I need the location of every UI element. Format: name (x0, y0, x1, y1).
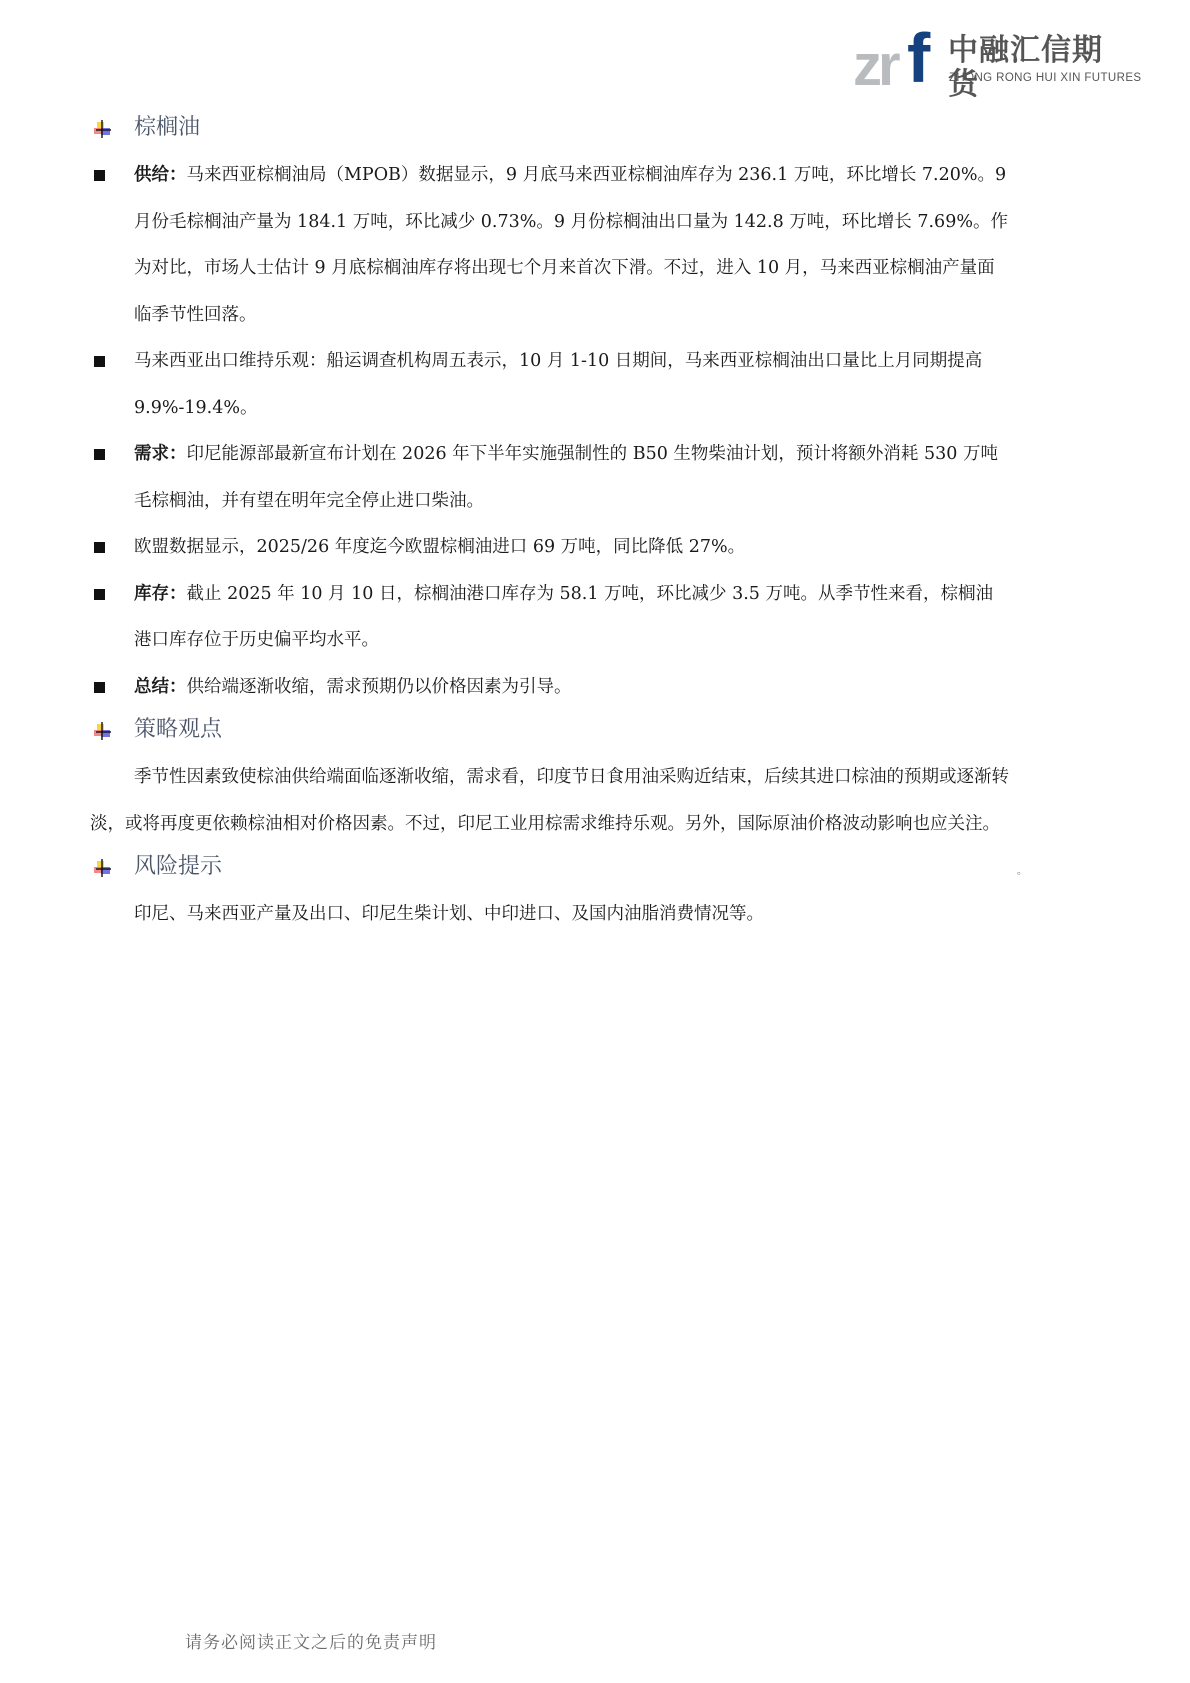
bullet-label: 库存： (134, 584, 187, 604)
square-bullet-icon (94, 449, 105, 460)
bullet-item-summary: 总结：供给端逐渐收缩，需求预期仍以价格因素为引导。 (90, 664, 1010, 711)
bullet-text: 供给端逐渐收缩，需求预期仍以价格因素为引导。 (187, 677, 572, 697)
colored-cross-bullet-icon (94, 120, 112, 138)
bullet-text: 欧盟数据显示，2025/26 年度迄今欧盟棕榈油进口 69 万吨，同比降低 27… (134, 537, 745, 557)
colored-cross-bullet-icon (94, 859, 112, 877)
company-name-en: ZHONG RONG HUI XIN FUTURES (949, 72, 1142, 84)
company-logo: zr f 中融汇信期货 ZHONG RONG HUI XIN FUTURES (853, 28, 1123, 90)
section-heading-risk: 风险提示 (90, 847, 1010, 887)
bullet-text: 印尼能源部最新宣布计划在 2026 年下半年实施强制性的 B50 生物柴油计划，… (134, 444, 998, 511)
bullet-text: 截止 2025 年 10 月 10 日，棕榈油港口库存为 58.1 万吨，环比减… (134, 584, 993, 651)
bullet-item-inventory: 库存：截止 2025 年 10 月 10 日，棕榈油港口库存为 58.1 万吨，… (90, 571, 1010, 664)
bullet-label: 供给： (134, 165, 187, 185)
bullet-label: 总结： (134, 677, 187, 697)
section-heading-strategy: 策略观点 (90, 710, 1010, 750)
colored-cross-bullet-icon (94, 722, 112, 740)
logo-mark-f: f (907, 28, 930, 88)
document-body: 棕榈油 供给：马来西亚棕榈油局（MPOB）数据显示，9 月底马来西亚棕榈油库存为… (90, 108, 1010, 938)
square-bullet-icon (94, 356, 105, 367)
stray-punctuation-mark: 。 (1017, 862, 1027, 877)
bullet-text: 马来西亚棕榈油局（MPOB）数据显示，9 月底马来西亚棕榈油库存为 236.1 … (134, 165, 1008, 325)
square-bullet-icon (94, 542, 105, 553)
bullet-text: 马来西亚出口维持乐观：船运调查机构周五表示，10 月 1-10 日期间，马来西亚… (134, 351, 982, 418)
footer-disclaimer: 请务必阅读正文之后的免责声明 (185, 1628, 437, 1653)
bullet-item-eu-imports: 欧盟数据显示，2025/26 年度迄今欧盟棕榈油进口 69 万吨，同比降低 27… (90, 524, 1010, 571)
bullet-item-demand: 需求：印尼能源部最新宣布计划在 2026 年下半年实施强制性的 B50 生物柴油… (90, 431, 1010, 524)
strategy-paragraph: 季节性因素致使棕油供给端面临逐渐收缩，需求看，印度节日食用油采购近结束，后续其进… (90, 754, 1010, 847)
section-title: 风险提示 (134, 847, 222, 887)
company-name-cn: 中融汇信期货 (948, 34, 1123, 102)
bullet-item-supply: 供给：马来西亚棕榈油局（MPOB）数据显示，9 月底马来西亚棕榈油库存为 236… (90, 152, 1010, 338)
section-title: 棕榈油 (134, 108, 200, 148)
square-bullet-icon (94, 589, 105, 600)
square-bullet-icon (94, 682, 105, 693)
risk-paragraph: 印尼、马来西亚产量及出口、印尼生柴计划、中印进口、及国内油脂消费情况等。 (90, 891, 1010, 938)
square-bullet-icon (94, 170, 105, 181)
section-title: 策略观点 (134, 710, 222, 750)
bullet-label: 需求： (134, 444, 187, 464)
section-heading-palm-oil: 棕榈油 (90, 108, 1010, 148)
bullet-item-malaysia-export: 马来西亚出口维持乐观：船运调查机构周五表示，10 月 1-10 日期间，马来西亚… (90, 338, 1010, 431)
logo-mark-zr: zr (853, 42, 897, 90)
